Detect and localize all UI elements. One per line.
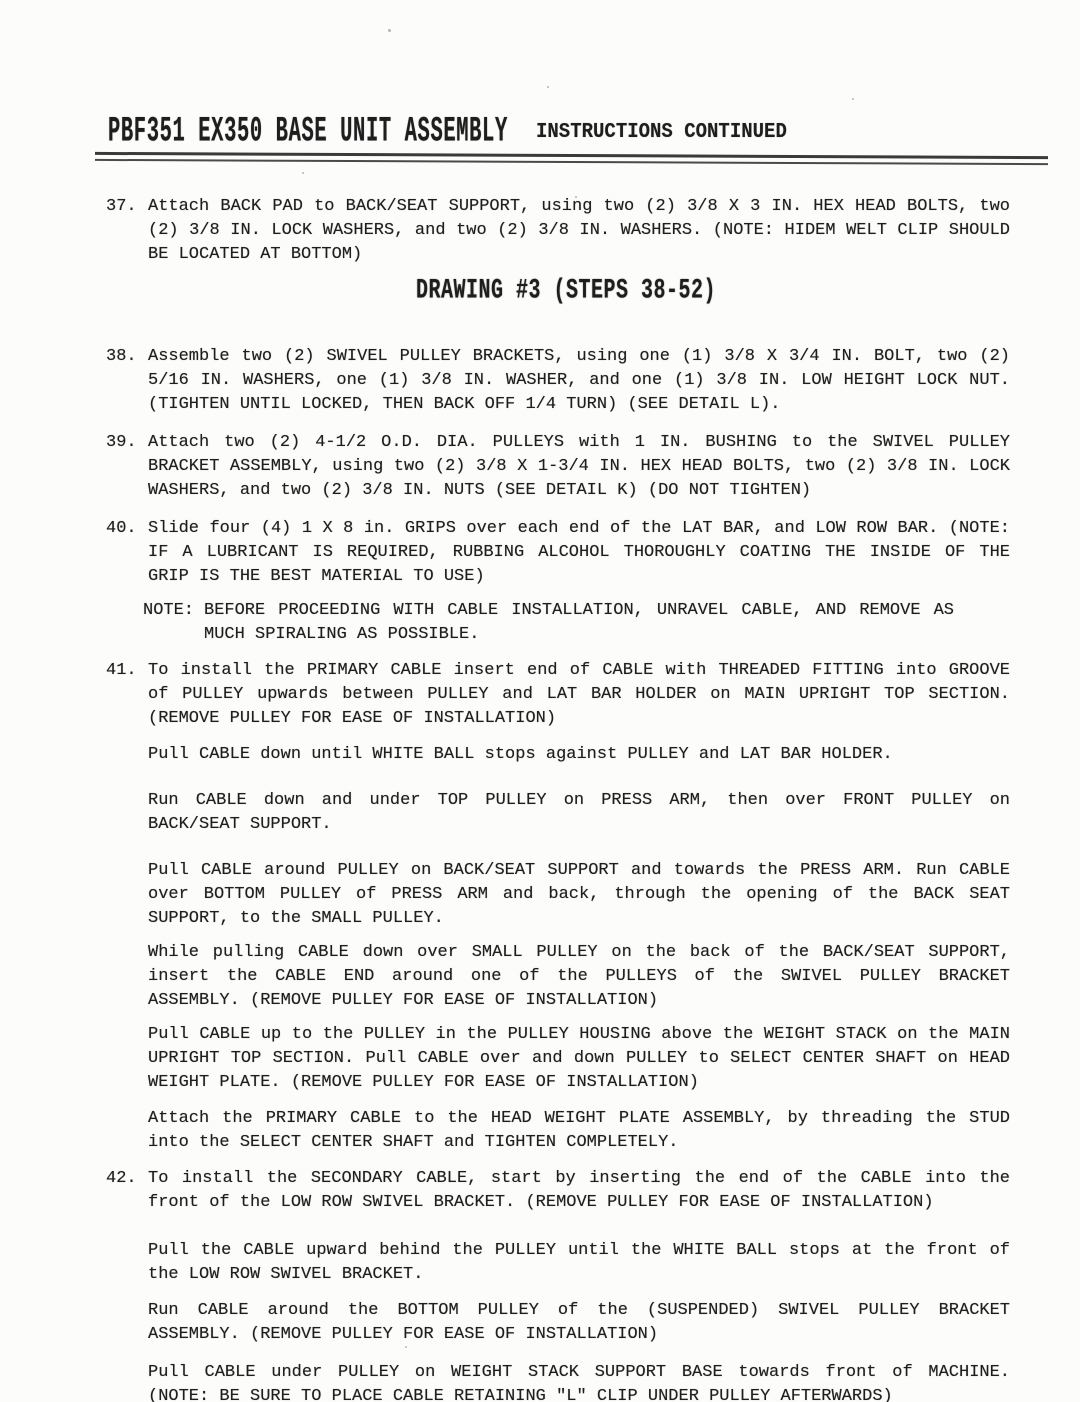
instruction-paragraph: Pull CABLE down until WHITE BALL stops a… (148, 743, 1010, 767)
instruction-paragraph: Pull the CABLE upward behind the PULLEY … (148, 1239, 1010, 1287)
paragraph-text: Run CABLE down and under TOP PULLEY on P… (148, 791, 1010, 834)
step-41: 41.To install the PRIMARY CABLE insert e… (106, 659, 1010, 731)
instruction-paragraph: Run CABLE down and under TOP PULLEY on P… (148, 789, 1010, 837)
step-number: 39. (106, 431, 148, 455)
instruction-paragraph: Pull CABLE up to the PULLEY in the PULLE… (148, 1023, 1010, 1095)
page-subtitle: INSTRUCTIONS CONTINUED (536, 118, 787, 145)
step-number: 37. (106, 195, 148, 219)
paragraph-text: Pull CABLE up to the PULLEY in the PULLE… (148, 1025, 1010, 1092)
paragraph-text: Attach the PRIMARY CABLE to the HEAD WEI… (148, 1109, 1010, 1152)
step-text: Slide four (4) 1 X 8 in. GRIPS over each… (148, 519, 1010, 586)
step-text: Attach BACK PAD to BACK/SEAT SUPPORT, us… (148, 197, 1010, 264)
step-39: 39.Attach two (2) 4-1/2 O.D. DIA. PULLEY… (106, 431, 1010, 503)
paragraph-text: Pull CABLE under PULLEY on WEIGHT STACK … (148, 1363, 1010, 1402)
step-38: 38.Assemble two (2) SWIVEL PULLEY BRACKE… (106, 345, 1010, 417)
instruction-paragraph: Run CABLE around the BOTTOM PULLEY of th… (148, 1299, 1010, 1347)
paragraph-text: While pulling CABLE down over SMALL PULL… (148, 943, 1010, 1010)
page-title: PBF351 EX350 BASE UNIT ASSEMBLY (108, 119, 508, 145)
instruction-paragraph: While pulling CABLE down over SMALL PULL… (148, 941, 1010, 1013)
step-text: To install the SECONDARY CABLE, start by… (148, 1169, 1010, 1212)
step-number: 40. (106, 517, 148, 541)
header-divider (95, 152, 1048, 165)
drawing-heading-text: DRAWING #3 (STEPS 38-52) (416, 271, 716, 313)
note-text: BEFORE PROCEEDING WITH CABLE INSTALLATIO… (204, 601, 954, 644)
note-block: NOTE:BEFORE PROCEEDING WITH CABLE INSTAL… (143, 599, 954, 647)
instruction-paragraph: Attach the PRIMARY CABLE to the HEAD WEI… (148, 1107, 1010, 1155)
scanned-instruction-page: PBF351 EX350 BASE UNIT ASSEMBLY INSTRUCT… (0, 0, 1080, 1402)
page-header: PBF351 EX350 BASE UNIT ASSEMBLY INSTRUCT… (106, 99, 1026, 152)
step-number: 38. (106, 345, 148, 369)
step-text: Assemble two (2) SWIVEL PULLEY BRACKETS,… (148, 347, 1010, 414)
paragraph-text: Pull CABLE down until WHITE BALL stops a… (148, 745, 893, 764)
instruction-paragraph: Pull CABLE around PULLEY on BACK/SEAT SU… (148, 859, 1010, 931)
step-text: Attach two (2) 4-1/2 O.D. DIA. PULLEYS w… (148, 433, 1010, 500)
step-text: To install the PRIMARY CABLE insert end … (148, 661, 1010, 728)
note-label: NOTE: (143, 599, 204, 623)
paragraph-text: Pull CABLE around PULLEY on BACK/SEAT SU… (148, 861, 1010, 928)
instruction-paragraph: Pull CABLE under PULLEY on WEIGHT STACK … (148, 1361, 1010, 1402)
paragraph-text: Pull the CABLE upward behind the PULLEY … (148, 1241, 1010, 1284)
step-42: 42.To install the SECONDARY CABLE, start… (106, 1167, 1010, 1215)
page-content: PBF351 EX350 BASE UNIT ASSEMBLY INSTRUCT… (106, 0, 1026, 1402)
paragraph-text: Run CABLE around the BOTTOM PULLEY of th… (148, 1301, 1010, 1344)
step-number: 42. (106, 1167, 148, 1191)
step-number: 41. (106, 659, 148, 683)
step-40: 40.Slide four (4) 1 X 8 in. GRIPS over e… (106, 517, 1010, 589)
step-37: 37.Attach BACK PAD to BACK/SEAT SUPPORT,… (106, 195, 1010, 267)
drawing-heading: DRAWING #3 (STEPS 38-52) (106, 283, 1026, 313)
